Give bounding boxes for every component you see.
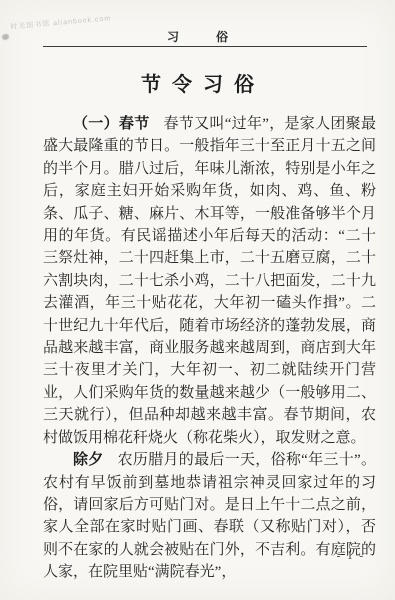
- paragraph-new-years-eve: 除夕农历腊月的最后一天，俗称“年三十”。农村有早饭前到墓地恭请祖宗神灵回家过年的…: [43, 449, 376, 583]
- header-rule: [43, 46, 367, 47]
- body-text: （一）春节春节又叫“过年”，是家人团聚最盛大最隆重的节日。一般指年三十至正月十五…: [43, 113, 376, 584]
- paragraph-spring-festival: （一）春节春节又叫“过年”，是家人团聚最盛大最隆重的节日。一般指年三十至正月十五…: [43, 113, 376, 449]
- page-title: 节令习俗: [0, 68, 395, 97]
- paragraph-content: 农历腊月的最后一天，俗称“年三十”。农村有早饭前到墓地恭请祖宗神灵回家过年的习俗…: [43, 452, 376, 580]
- paragraph-lead: 除夕: [73, 451, 104, 468]
- running-header: 习俗: [0, 28, 395, 45]
- paragraph-lead: （一）春节: [73, 115, 150, 132]
- paragraph-content: 春节又叫“过年”，是家人团聚最盛大最隆重的节日。一般指年三十至正月十五之间的半个…: [43, 116, 376, 446]
- scanned-book-page: 时光图书馆 alianbook.com 习俗 节令习俗 （一）春节春节又叫“过年…: [0, 0, 395, 600]
- page-number: - 1 -: [337, 550, 365, 562]
